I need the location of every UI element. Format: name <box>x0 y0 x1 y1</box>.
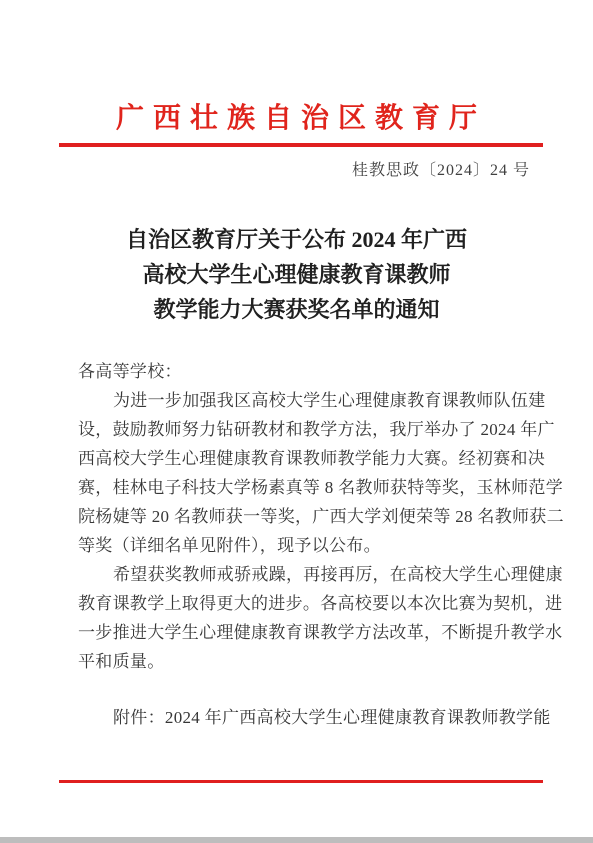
notice-title: 自治区教育厅关于公布 2024 年广西 高校大学生心理健康教育课教师 教学能力大… <box>0 222 593 327</box>
document-page: 广西壮族自治区教育厅 桂教思政〔2024〕24 号 自治区教育厅关于公布 202… <box>0 0 593 843</box>
page-bottom-edge <box>0 837 593 843</box>
document-number: 桂教思政〔2024〕24 号 <box>0 157 530 180</box>
body-line: 西高校大学生心理健康教育课教师教学能力大赛。经初赛和决 <box>78 444 553 473</box>
document-body: 各高等学校： 为进一步加强我区高校大学生心理健康教育课教师队伍建设，鼓励教师努力… <box>78 357 553 732</box>
body-line: 赛，桂林电子科技大学杨素真等 8 名教师获特等奖，玉林师范学 <box>78 473 553 502</box>
body-line: 为进一步加强我区高校大学生心理健康教育课教师队伍建 <box>78 386 553 415</box>
body-line: 设，鼓励教师努力钻研教材和教学方法，我厅举办了 2024 年广 <box>78 415 553 444</box>
body-line: 等奖（详细名单见附件），现予以公布。 <box>78 531 553 560</box>
body-line: 院杨婕等 20 名教师获一等奖，广西大学刘便荣等 28 名教师获二 <box>78 502 553 531</box>
attachment-line: 附件：2024 年广西高校大学生心理健康教育课教师教学能 <box>78 703 553 732</box>
header-divider-line <box>59 143 543 147</box>
notice-title-line-2: 高校大学生心理健康教育课教师 <box>0 257 593 292</box>
body-line: 希望获奖教师戒骄戒躁，再接再厉，在高校大学生心理健康 <box>78 560 553 589</box>
agency-title: 广西壮族自治区教育厅 <box>0 0 593 136</box>
body-line: 一步推进大学生心理健康教育课教学方法改革，不断提升教学水 <box>78 618 553 647</box>
body-line: 平和质量。 <box>78 647 553 676</box>
notice-title-line-1: 自治区教育厅关于公布 2024 年广西 <box>0 222 593 257</box>
body-paragraphs: 为进一步加强我区高校大学生心理健康教育课教师队伍建设，鼓励教师努力钻研教材和教学… <box>78 386 553 676</box>
body-line: 教育课教学上取得更大的进步。各高校要以本次比赛为契机，进 <box>78 589 553 618</box>
salutation: 各高等学校： <box>78 357 553 386</box>
notice-title-line-3: 教学能力大赛获奖名单的通知 <box>0 292 593 327</box>
footer-divider-line <box>59 780 543 783</box>
